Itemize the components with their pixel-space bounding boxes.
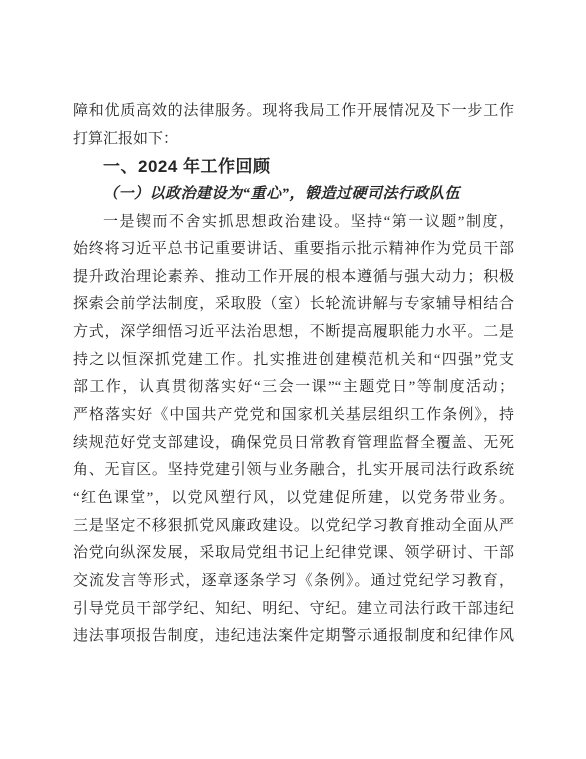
section-heading: 一、2024 年工作回顾 xyxy=(73,153,514,181)
body-line: 治党向纵深发展，采取局党组书记上纪律党课、领学研讨、干部 xyxy=(73,540,514,568)
body-line: 部工作，认真贯彻落实好“三会一课”“主题党日”等制度活动； xyxy=(73,374,514,402)
body-line: 打算汇报如下： xyxy=(73,126,514,154)
body-line: “红色课堂”，以党风塑行风，以党建促所建，以党务带业务。 xyxy=(73,485,514,513)
body-line: 引导党员干部学纪、知纪、明纪、守纪。建立司法行政干部违纪 xyxy=(73,596,514,624)
document-content: 障和优质高效的法律服务。现将我局工作开展情况及下一步工作 打算汇报如下： 一、2… xyxy=(73,98,514,651)
body-line: 三是坚定不移狠抓党风廉政建设。以党纪学习教育推动全面从严 xyxy=(73,513,514,541)
body-line: 探索会前学法制度，采取股（室）长轮流讲解与专家辅导相结合 xyxy=(73,291,514,319)
body-line: 一是锲而不舍实抓思想政治建设。坚持“第一议题”制度， xyxy=(73,209,514,237)
body-line: 角、无盲区。坚持党建引领与业务融合，扎实开展司法行政系统 xyxy=(73,457,514,485)
body-line: 障和优质高效的法律服务。现将我局工作开展情况及下一步工作 xyxy=(73,98,514,126)
body-line: 严格落实好《中国共产党党和国家机关基层组织工作条例》，持 xyxy=(73,402,514,430)
subsection-heading: （一）以政治建设为“重心”，锻造过硬司法行政队伍 xyxy=(73,181,514,209)
body-line: 方式，深学细悟习近平法治思想，不断提高履职能力水平。二是 xyxy=(73,319,514,347)
body-line: 持之以恒深抓党建工作。扎实推进创建模范机关和“四强”党支 xyxy=(73,347,514,375)
body-line: 提升政治理论素养、推动工作开展的根本遵循与强大动力；积极 xyxy=(73,264,514,292)
body-line: 违法事项报告制度，违纪违法案件定期警示通报制度和纪律作风 xyxy=(73,623,514,651)
body-line: 始终将习近平总书记重要讲话、重要指示批示精神作为党员干部 xyxy=(73,236,514,264)
body-line: 交流发言等形式，逐章逐条学习《条例》。通过党纪学习教育， xyxy=(73,568,514,596)
document-page: 障和优质高效的法律服务。现将我局工作开展情况及下一步工作 打算汇报如下： 一、2… xyxy=(0,0,586,759)
body-line: 续规范好党支部建设，确保党员日常教育管理监督全覆盖、无死 xyxy=(73,430,514,458)
